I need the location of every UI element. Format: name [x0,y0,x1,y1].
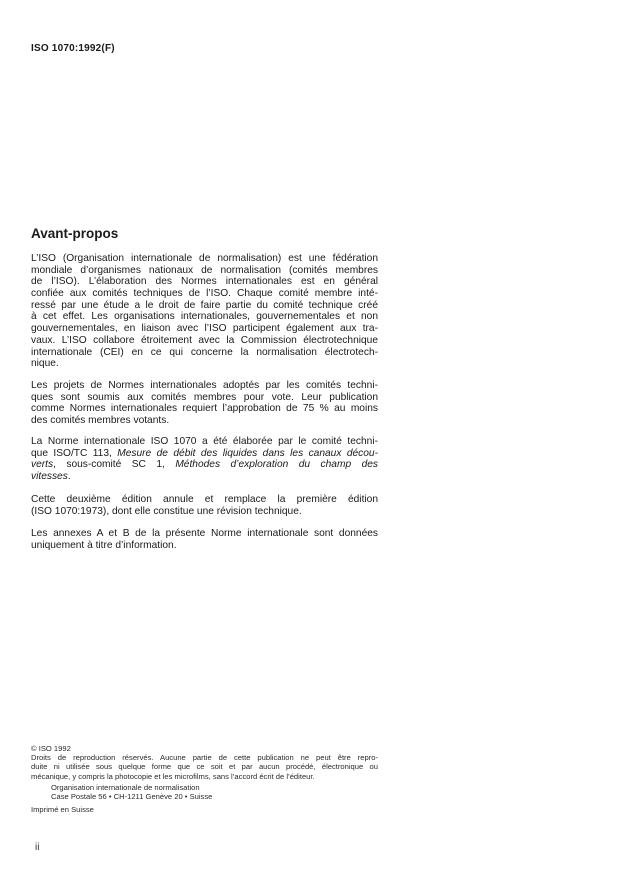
text-line: que ISO/TC 113, Mesure de débit des liqu… [31,448,378,460]
text-line: Les projets de Normes internationales ad… [31,380,378,392]
paragraph-edition: Cette deuxième édition annule et remplac… [31,494,378,517]
copyright-notice: © ISO 1992 Droits de reproduction réserv… [31,744,378,781]
rights-line: mécanique, y compris la photocopie et le… [31,772,378,781]
text-line: verts, sous-comité SC 1, Méthodes d’expl… [31,459,378,471]
text-line: vitesses. [31,471,378,483]
committee-ref: que ISO/TC 113, [31,448,117,459]
org-address: Case Postale 56 • CH-1211 Genève 20 • Su… [51,792,212,801]
subcommittee-title: Méthodes d’exploration du champ des [175,459,378,470]
text-line: de l’ISO). L’élaboration des Normes inte… [31,276,378,288]
paragraph-voting: Les projets de Normes internationales ad… [31,380,378,427]
paragraph-annexes: Les annexes A et B de la présente Norme … [31,528,378,551]
subcommittee-title-cont: vitesses [31,471,68,482]
text-line: Cette deuxième édition annule et remplac… [31,494,378,506]
document-identifier: ISO 1070:1992(F) [31,43,115,54]
committee-title-cont: verts [31,459,53,470]
text-line: internationale (CEI) en ce qui concerne … [31,347,378,359]
text-line: comme Normes internationales requiert l’… [31,403,378,415]
rights-line: duite ni utilisée sous quelque forme que… [31,762,378,771]
text-line: à cet effet. Les organisations internati… [31,311,378,323]
text-line: La Norme internationale ISO 1070 a été é… [31,436,378,448]
subcommittee-ref: , sous-comité SC 1, [53,459,175,470]
text-line: Les annexes A et B de la présente Norme … [31,528,378,540]
paragraph-iso-intro: L’ISO (Organisation internationale de no… [31,253,378,370]
section-title: Avant-propos [31,226,118,241]
text-line: des comités membres votants. [31,415,378,427]
text-line: (ISO 1070:1973), dont elle constitue une… [31,506,378,518]
text-line: mondiale d’organismes nationaux de norma… [31,265,378,277]
text-line: ressé par une étude a le droit de faire … [31,300,378,312]
rights-line: Droits de reproduction réservés. Aucune … [31,753,378,762]
text-line: ques sont soumis aux comités membres pou… [31,392,378,404]
period: . [68,471,71,482]
org-name: Organisation internationale de normalisa… [51,783,212,792]
paragraph-committee: La Norme internationale ISO 1070 a été é… [31,436,378,483]
text-line: nique. [31,358,378,370]
text-line: vaux. L’ISO collabore étroitement avec l… [31,335,378,347]
text-line: L’ISO (Organisation internationale de no… [31,253,378,265]
publisher-address: Organisation internationale de normalisa… [51,783,212,801]
text-line: confiée aux comités techniques de l’ISO.… [31,288,378,300]
page-number: ii [35,842,39,853]
text-line: uniquement à titre d’information. [31,540,378,552]
copyright-line: © ISO 1992 [31,744,378,753]
printed-in: Imprimé en Suisse [31,805,94,814]
text-line: gouvernementales, en liaison avec l’ISO … [31,323,378,335]
committee-title: Mesure de débit des liquides dans les ca… [117,448,378,459]
